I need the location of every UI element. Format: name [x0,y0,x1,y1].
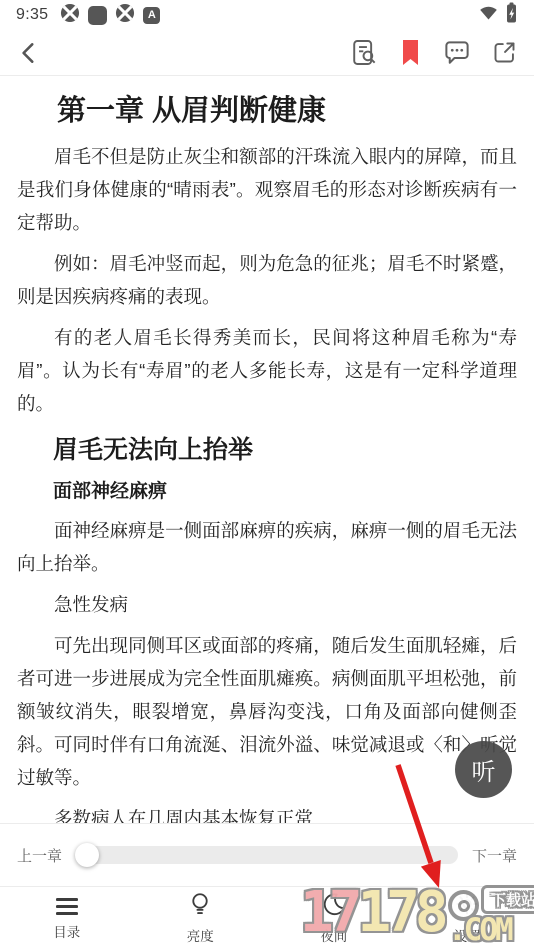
moon-icon [321,891,347,922]
subsection-heading: 面部神经麻痹 [53,478,517,506]
toolbar-item-catalog[interactable]: 目录 [0,887,134,949]
search-in-book-icon[interactable] [350,38,379,67]
chapter-progress-thumb[interactable] [75,843,99,867]
share-icon[interactable] [491,39,518,66]
menu-icon [56,895,78,918]
toolbar-item-settings[interactable]: 设置 [401,887,534,949]
paragraph: 眉毛不但是防止灰尘和额部的汗珠流入眼内的屏障，而且是我们身体健康的“晴雨表”。观… [17,140,517,239]
back-button[interactable] [16,40,42,66]
app-notification-icon [60,3,80,28]
app-notification-icon [115,3,135,28]
battery-charging-icon [505,2,518,29]
prev-chapter-button[interactable]: 上一章 [17,845,62,866]
toolbar-label: 夜间 [320,925,347,945]
section-heading: 眉毛无法向上抬举 [53,432,517,468]
square-notification-icon [88,6,107,25]
reader-nav-bar [0,30,534,76]
letter-a-notification-icon: A [143,7,160,24]
reader-bottom-sheet: 上一章 下一章 目录 亮度 夜间 设置 [0,823,534,950]
bookmark-icon[interactable] [398,39,423,67]
toolbar-label: 目录 [53,921,80,941]
bulb-icon [187,891,213,922]
toolbar-item-night-mode[interactable]: 夜间 [267,887,401,949]
toolbar-label: 亮度 [187,925,214,945]
chapter-progress-track[interactable] [76,846,458,864]
paragraph: 急性发病 [17,588,517,621]
toolbar-label: 设置 [454,925,481,945]
gear-icon [454,891,480,922]
next-chapter-button[interactable]: 下一章 [472,845,517,866]
reader-page[interactable]: 第一章 从眉判断健康 眉毛不但是防止灰尘和额部的汗珠流入眼内的屏障，而且是我们身… [0,76,534,950]
chapter-progress-bar: 上一章 下一章 [0,824,534,887]
reader-toolbar: 目录 亮度 夜间 设置 [0,887,534,949]
chapter-title: 第一章 从眉判断健康 [57,90,517,132]
comments-icon[interactable] [442,38,472,68]
status-bar: 9:35 A [0,0,534,30]
paragraph: 例如：眉毛冲竖而起，则为危急的征兆；眉毛不时紧蹙，则是因疾病疼痛的表现。 [17,247,517,313]
paragraph: 有的老人眉毛长得秀美而长，民间将这种眉毛称为“寿眉”。认为长有“寿眉”的老人多能… [17,321,517,420]
notification-icons: A [60,3,160,28]
listen-button[interactable]: 听 [455,741,512,798]
paragraph: 可先出现同侧耳区或面部的疼痛，随后发生面肌轻瘫，后者可进一步进展成为完全性面肌瘫… [17,629,517,794]
clock: 9:35 [16,6,48,24]
toolbar-item-brightness[interactable]: 亮度 [134,887,268,949]
paragraph: 面神经麻痹是一侧面部麻痹的疾病，麻痹一侧的眉毛无法向上抬举。 [17,514,517,580]
wifi-icon [478,2,499,28]
